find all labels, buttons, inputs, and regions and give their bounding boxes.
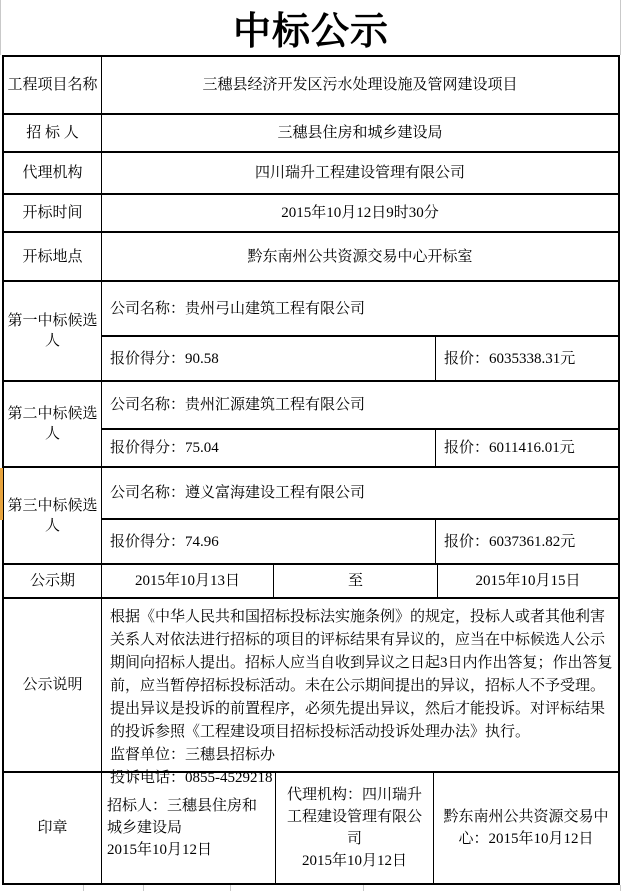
candidate-1-price-cell: 报价：6035338.31元 (436, 337, 618, 380)
candidate-3-score-value: 74.96 (185, 532, 219, 552)
tenderer-value: 三穗县住房和城乡建设局 (102, 115, 618, 151)
table-row-candidate-2: 第二中标候选人 公司名称：贵州汇源建筑工程有限公司 报价得分：75.04 报价：… (4, 382, 618, 468)
candidate-3-label: 第三中标候选人 (4, 468, 102, 563)
candidate-2-bid-cells: 报价得分：75.04 报价：6011416.01元 (102, 430, 618, 466)
seal-tenderer-cell: 招标人：三穗县住房和城乡建设局 2015年10月12日 (102, 773, 276, 883)
publicity-period-label: 公示期 (4, 565, 102, 597)
page-title: 中标公示 (2, 0, 620, 55)
table-row-project-name: 工程项目名称 三穗县经济开发区污水处理设施及管网建设项目 (4, 57, 618, 115)
announcement-table: 工程项目名称 三穗县经济开发区污水处理设施及管网建设项目 招 标 人 三穗县住房… (2, 55, 620, 885)
opening-place-label: 开标地点 (4, 233, 102, 280)
candidate-2-details: 公司名称：贵州汇源建筑工程有限公司 报价得分：75.04 报价：6011416.… (102, 382, 618, 466)
candidate-1-score-cell: 报价得分：90.58 (102, 337, 436, 380)
bid-announcement-page: 中标公示 工程项目名称 三穗县经济开发区污水处理设施及管网建设项目 招 标 人 … (0, 0, 624, 891)
table-row-publicity-period: 公示期 2015年10月13日 至 2015年10月15日 (4, 565, 618, 599)
candidate-2-score-value: 75.04 (185, 438, 219, 458)
candidate-3-score-cell: 报价得分：74.96 (102, 520, 436, 563)
left-gridline-stub (0, 0, 1, 55)
bottom-gridline-stub-3 (230, 885, 231, 891)
candidate-1-bid-cells: 报价得分：90.58 报价：6035338.31元 (102, 337, 618, 380)
candidate-1-price-value: 6035338.31元 (489, 349, 575, 369)
right-gridline-stub (620, 0, 621, 55)
table-row-tenderer: 招 标 人 三穗县住房和城乡建设局 (4, 115, 618, 153)
candidate-2-score-label: 报价得分： (110, 438, 185, 458)
agency-value: 四川瑞升工程建设管理有限公司 (102, 153, 618, 193)
candidate-1-details: 公司名称：贵州弓山建筑工程有限公司 报价得分：90.58 报价：6035338.… (102, 282, 618, 380)
candidate-3-price-cell: 报价：6037361.82元 (436, 520, 618, 563)
seal-agency-cell: 代理机构：四川瑞升工程建设管理有限公司 2015年10月12日 (276, 773, 434, 883)
candidate-3-details: 公司名称：遵义富海建设工程有限公司 报价得分：74.96 报价：6037361.… (102, 468, 618, 563)
table-row-opening-place: 开标地点 黔东南州公共资源交易中心开标室 (4, 233, 618, 282)
candidate-3-company-name: 遵义富海建设工程有限公司 (185, 483, 365, 503)
candidate-1-score-value: 90.58 (185, 349, 219, 369)
bottom-gridline-stub-4 (363, 885, 364, 891)
project-name-label: 工程项目名称 (4, 57, 102, 113)
candidate-1-company-name: 贵州弓山建筑工程有限公司 (185, 299, 365, 319)
opening-place-value: 黔东南州公共资源交易中心开标室 (102, 233, 618, 280)
table-row-candidate-1: 第一中标候选人 公司名称：贵州弓山建筑工程有限公司 报价得分：90.58 报价：… (4, 282, 618, 382)
candidate-1-label: 第一中标候选人 (4, 282, 102, 380)
bottom-gridline-stub-1 (83, 885, 84, 891)
candidate-1-company-label: 公司名称： (110, 299, 185, 319)
bottom-gridline-stub-2 (143, 885, 144, 891)
candidate-3-bid-cells: 报价得分：74.96 报价：6037361.82元 (102, 520, 618, 563)
candidate-2-label: 第二中标候选人 (4, 382, 102, 466)
bottom-gridline-stub-5 (620, 885, 621, 891)
candidate-1-company-cell: 公司名称：贵州弓山建筑工程有限公司 (102, 282, 618, 337)
candidate-3-company-label: 公司名称： (110, 483, 185, 503)
seal-trade-center-cell: 黔东南州公共资源交易中心：2015年10月12日 (434, 773, 618, 883)
seal-label: 印章 (4, 773, 102, 883)
candidate-1-score-label: 报价得分： (110, 349, 185, 369)
candidate-3-company-cell: 公司名称：遵义富海建设工程有限公司 (102, 468, 618, 520)
table-row-opening-time: 开标时间 2015年10月12日9时30分 (4, 195, 618, 233)
candidate-3-price-label: 报价： (444, 532, 489, 552)
candidate-2-score-cell: 报价得分：75.04 (102, 430, 436, 466)
table-row-notes: 公示说明 根据《中华人民共和国招标投标法实施条例》的规定，投标人或者其他利害关系… (4, 599, 618, 773)
table-row-agency: 代理机构 四川瑞升工程建设管理有限公司 (4, 153, 618, 195)
project-name-value: 三穗县经济开发区污水处理设施及管网建设项目 (102, 57, 618, 113)
opening-time-label: 开标时间 (4, 195, 102, 231)
candidate-2-price-cell: 报价：6011416.01元 (436, 430, 618, 466)
candidate-3-price-value: 6037361.82元 (489, 532, 575, 552)
candidate-2-price-value: 6011416.01元 (489, 438, 575, 458)
table-row-seal: 印章 招标人：三穗县住房和城乡建设局 2015年10月12日 代理机构：四川瑞升… (4, 773, 618, 883)
publicity-period-to: 至 (274, 565, 438, 597)
table-row-candidate-3: 第三中标候选人 公司名称：遵义富海建设工程有限公司 报价得分：74.96 报价：… (4, 468, 618, 565)
tenderer-label: 招 标 人 (4, 115, 102, 151)
candidate-2-company-name: 贵州汇源建筑工程有限公司 (185, 395, 365, 415)
candidate-2-company-label: 公司名称： (110, 395, 185, 415)
candidate-3-score-label: 报价得分： (110, 532, 185, 552)
publicity-period-start: 2015年10月13日 (102, 565, 274, 597)
notes-label: 公示说明 (4, 599, 102, 771)
candidate-2-price-label: 报价： (444, 438, 489, 458)
agency-label: 代理机构 (4, 153, 102, 193)
opening-time-value: 2015年10月12日9时30分 (102, 195, 618, 231)
candidate-2-company-cell: 公司名称：贵州汇源建筑工程有限公司 (102, 382, 618, 430)
row-marker-strip (0, 468, 3, 520)
notes-text: 根据《中华人民共和国招标投标法实施条例》的规定，投标人或者其他利害关系人对依法进… (102, 599, 618, 771)
publicity-period-end: 2015年10月15日 (438, 565, 618, 597)
candidate-1-price-label: 报价： (444, 349, 489, 369)
